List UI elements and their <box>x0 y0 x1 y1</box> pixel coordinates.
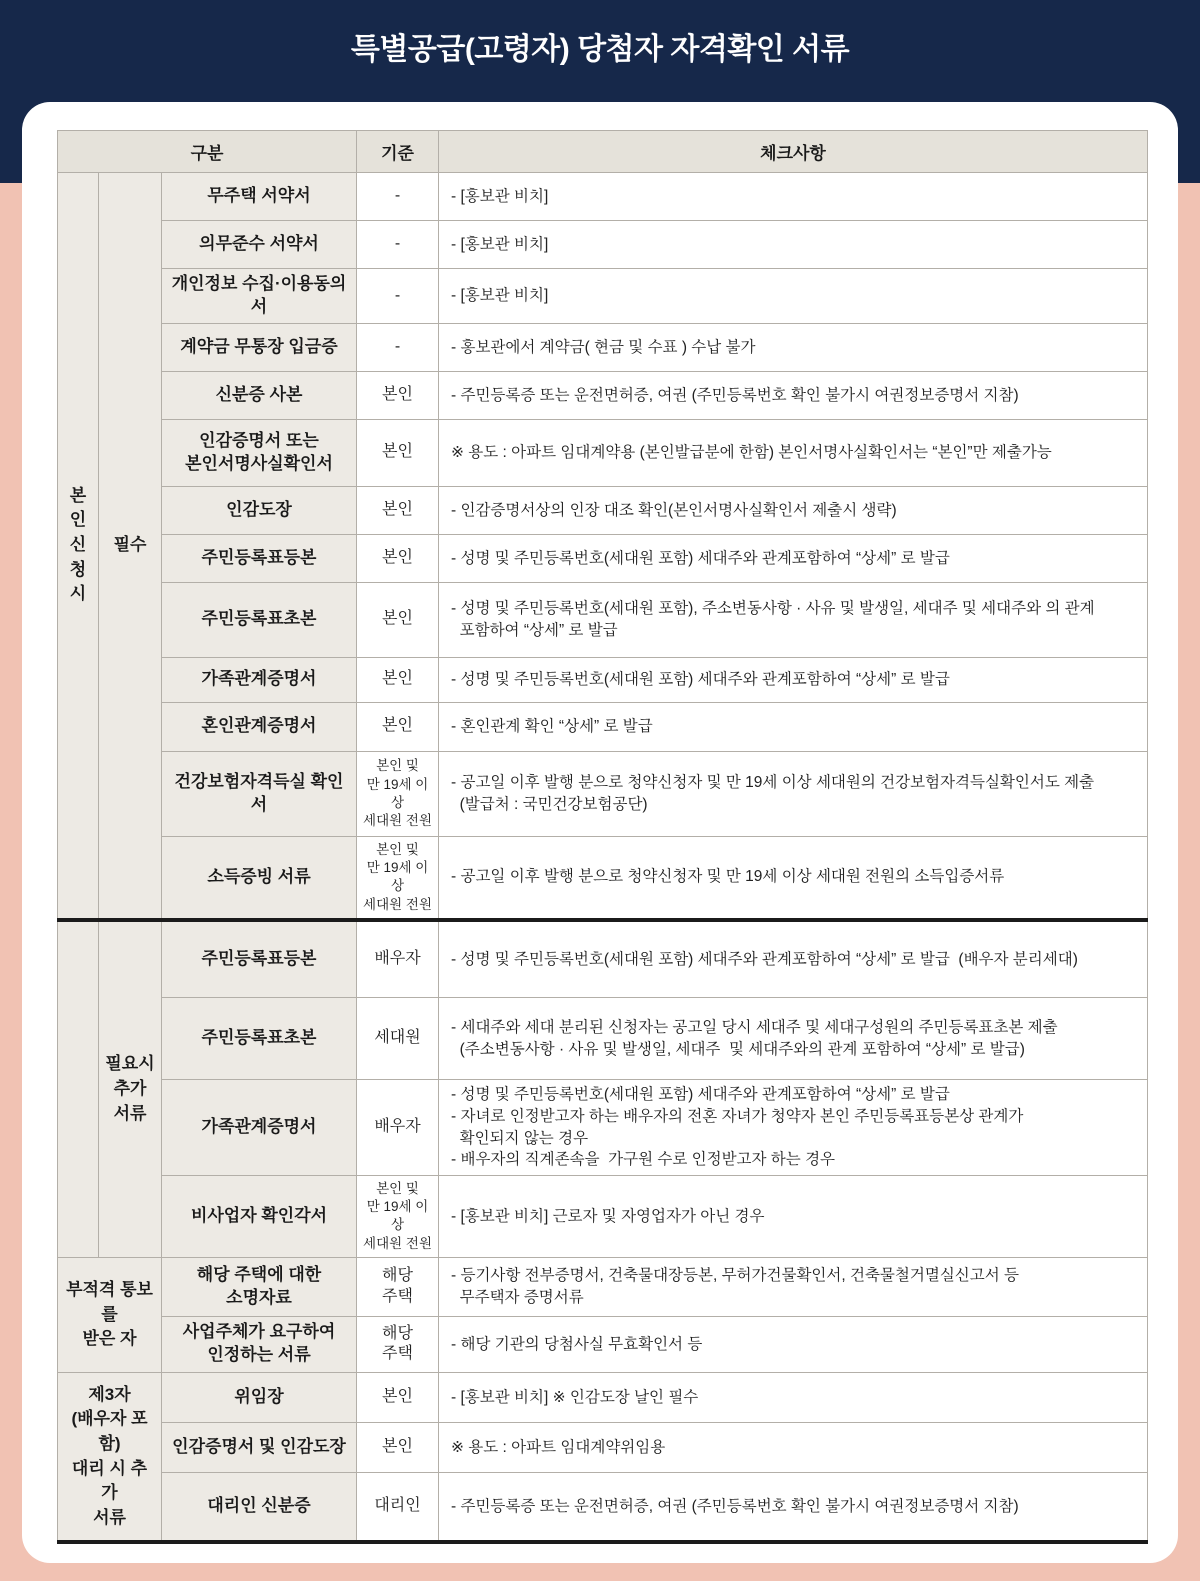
spacer-cell <box>58 920 99 1258</box>
check-cell: - [홍보관 비치] ※ 인감도장 날인 필수 <box>439 1372 1148 1422</box>
basis-cell: - <box>357 269 439 324</box>
documents-table: 구분 기준 체크사항 본인 신청 시 필수 무주택 서약서 - - [홍보관 비… <box>57 130 1148 1544</box>
column-header-check: 체크사항 <box>439 131 1148 173</box>
doc-cell: 가족관계증명서 <box>162 657 357 702</box>
table-row: 신분증 사본 본인 - 주민등록증 또는 운전면허증, 여권 (주민등록번호 확… <box>58 371 1148 419</box>
basis-cell: - <box>357 323 439 371</box>
doc-cell: 주민등록표초본 <box>162 998 357 1080</box>
basis-cell: 해당 주택 <box>357 1316 439 1372</box>
table-row: 혼인관계증명서 본인 - 혼인관계 확인 “상세” 로 발급 <box>58 702 1148 751</box>
table-row: 주민등록표초본 세대원 - 세대주와 세대 분리된 신청자는 공고일 당시 세대… <box>58 998 1148 1080</box>
group-label-self-apply: 본인 신청 시 <box>58 173 99 920</box>
check-cell: - 주민등록증 또는 운전면허증, 여권 (주민등록번호 확인 불가시 여권정보… <box>439 1472 1148 1542</box>
table-row: 대리인 신분증 대리인 - 주민등록증 또는 운전면허증, 여권 (주민등록번호… <box>58 1472 1148 1542</box>
basis-cell: 본인 및 만 19세 이상 세대원 전원 <box>357 751 439 836</box>
page-title: 특별공급(고령자) 당첨자 자격확인 서류 <box>0 24 1200 68</box>
group-label-required: 필수 <box>99 173 162 920</box>
basis-cell: - <box>357 173 439 221</box>
basis-cell: 본인 <box>357 582 439 657</box>
check-cell: - 등기사항 전부증명서, 건축물대장등본, 무허가건물확인서, 건축물철거멸실… <box>439 1257 1148 1316</box>
doc-cell: 주민등록표초본 <box>162 582 357 657</box>
table-row: 주민등록표등본 본인 - 성명 및 주민등록번호(세대원 포함) 세대주와 관계… <box>58 534 1148 582</box>
check-cell: - 성명 및 주민등록번호(세대원 포함) 세대주와 관계포함하여 “상세” 로… <box>439 1080 1148 1176</box>
check-cell: - 성명 및 주민등록번호(세대원 포함), 주소변동사항 · 사유 및 발생일… <box>439 582 1148 657</box>
table-row: 의무준수 서약서 - - [홍보관 비치] <box>58 221 1148 269</box>
table-row: 인감도장 본인 - 인감증명서상의 인장 대조 확인(본인서명사실확인서 제출시… <box>58 486 1148 534</box>
column-header-gubun: 구분 <box>58 131 357 173</box>
basis-cell: 대리인 <box>357 1472 439 1542</box>
table-row: 가족관계증명서 본인 - 성명 및 주민등록번호(세대원 포함) 세대주와 관계… <box>58 657 1148 702</box>
group-label-disqualified: 부적격 통보를 받은 자 <box>58 1257 162 1372</box>
table-row: 건강보험자격득실 확인서 본인 및 만 19세 이상 세대원 전원 - 공고일 … <box>58 751 1148 836</box>
table-row: 소득증빙 서류 본인 및 만 19세 이상 세대원 전원 - 공고일 이후 발행… <box>58 836 1148 919</box>
table-row: 개인정보 수집·이용동의서 - - [홍보관 비치] <box>58 269 1148 324</box>
check-cell: - 공고일 이후 발행 분으로 청약신청자 및 만 19세 이상 세대원 전원의… <box>439 836 1148 919</box>
basis-cell: 본인 <box>357 1422 439 1472</box>
doc-cell: 주민등록표등본 <box>162 534 357 582</box>
table-row: 인감증명서 및 인감도장 본인 ※ 용도 : 아파트 임대계약위임용 <box>58 1422 1148 1472</box>
doc-cell: 해당 주택에 대한 소명자료 <box>162 1257 357 1316</box>
doc-cell: 대리인 신분증 <box>162 1472 357 1542</box>
table-row: 제3자 (배우자 포함) 대리 시 추가 서류 위임장 본인 - [홍보관 비치… <box>58 1372 1148 1422</box>
check-cell: - 주민등록증 또는 운전면허증, 여권 (주민등록번호 확인 불가시 여권정보… <box>439 371 1148 419</box>
check-cell: - 성명 및 주민등록번호(세대원 포함) 세대주와 관계포함하여 “상세” 로… <box>439 534 1148 582</box>
column-header-gijun: 기준 <box>357 131 439 173</box>
table-row: 주민등록표초본 본인 - 성명 및 주민등록번호(세대원 포함), 주소변동사항… <box>58 582 1148 657</box>
table-row: 필요시 추가 서류 주민등록표등본 배우자 - 성명 및 주민등록번호(세대원 … <box>58 920 1148 998</box>
basis-cell: - <box>357 221 439 269</box>
table-row: 비사업자 확인각서 본인 및 만 19세 이상 세대원 전원 - [홍보관 비치… <box>58 1176 1148 1258</box>
doc-cell: 가족관계증명서 <box>162 1080 357 1176</box>
basis-cell: 본인 <box>357 419 439 486</box>
check-cell: - 세대주와 세대 분리된 신청자는 공고일 당시 세대주 및 세대구성원의 주… <box>439 998 1148 1080</box>
check-cell: - 성명 및 주민등록번호(세대원 포함) 세대주와 관계포함하여 “상세” 로… <box>439 657 1148 702</box>
basis-cell: 본인 및 만 19세 이상 세대원 전원 <box>357 1176 439 1258</box>
check-cell: ※ 용도 : 아파트 임대계약위임용 <box>439 1422 1148 1472</box>
basis-cell: 본인 <box>357 534 439 582</box>
doc-cell: 주민등록표등본 <box>162 920 357 998</box>
check-cell: - 성명 및 주민등록번호(세대원 포함) 세대주와 관계포함하여 “상세” 로… <box>439 920 1148 998</box>
table-row: 부적격 통보를 받은 자 해당 주택에 대한 소명자료 해당 주택 - 등기사항… <box>58 1257 1148 1316</box>
doc-cell: 개인정보 수집·이용동의서 <box>162 269 357 324</box>
check-cell: - 홍보관에서 계약금( 현금 및 수표 ) 수납 불가 <box>439 323 1148 371</box>
group-label-proxy: 제3자 (배우자 포함) 대리 시 추가 서류 <box>58 1372 162 1542</box>
check-cell: - [홍보관 비치] <box>439 173 1148 221</box>
basis-cell: 본인 <box>357 657 439 702</box>
check-cell: - [홍보관 비치] <box>439 269 1148 324</box>
basis-cell: 배우자 <box>357 920 439 998</box>
doc-cell: 사업주체가 요구하여 인정하는 서류 <box>162 1316 357 1372</box>
basis-cell: 본인 <box>357 702 439 751</box>
doc-cell: 계약금 무통장 입금증 <box>162 323 357 371</box>
doc-cell: 혼인관계증명서 <box>162 702 357 751</box>
basis-cell: 배우자 <box>357 1080 439 1176</box>
doc-cell: 의무준수 서약서 <box>162 221 357 269</box>
doc-cell: 건강보험자격득실 확인서 <box>162 751 357 836</box>
doc-cell: 인감증명서 및 인감도장 <box>162 1422 357 1472</box>
group-label-optional: 필요시 추가 서류 <box>99 920 162 1258</box>
basis-cell: 본인 <box>357 486 439 534</box>
doc-cell: 인감도장 <box>162 486 357 534</box>
doc-cell: 위임장 <box>162 1372 357 1422</box>
check-cell: ※ 용도 : 아파트 임대계약용 (본인발급분에 한함) 본인서명사실확인서는 … <box>439 419 1148 486</box>
doc-cell: 인감증명서 또는 본인서명사실확인서 <box>162 419 357 486</box>
content-card: 구분 기준 체크사항 본인 신청 시 필수 무주택 서약서 - - [홍보관 비… <box>22 102 1178 1563</box>
table-row: 계약금 무통장 입금증 - - 홍보관에서 계약금( 현금 및 수표 ) 수납 … <box>58 323 1148 371</box>
basis-cell: 본인 <box>357 1372 439 1422</box>
basis-cell: 세대원 <box>357 998 439 1080</box>
doc-cell: 신분증 사본 <box>162 371 357 419</box>
check-cell: - 해당 기관의 당첨사실 무효확인서 등 <box>439 1316 1148 1372</box>
check-cell: - 인감증명서상의 인장 대조 확인(본인서명사실확인서 제출시 생략) <box>439 486 1148 534</box>
table-header-row: 구분 기준 체크사항 <box>58 131 1148 173</box>
basis-cell: 본인 및 만 19세 이상 세대원 전원 <box>357 836 439 919</box>
doc-cell: 소득증빙 서류 <box>162 836 357 919</box>
check-cell: - [홍보관 비치] <box>439 221 1148 269</box>
table-row: 본인 신청 시 필수 무주택 서약서 - - [홍보관 비치] <box>58 173 1148 221</box>
check-cell: - 공고일 이후 발행 분으로 청약신청자 및 만 19세 이상 세대원의 건강… <box>439 751 1148 836</box>
check-cell: - 혼인관계 확인 “상세” 로 발급 <box>439 702 1148 751</box>
check-cell: - [홍보관 비치] 근로자 및 자영업자가 아닌 경우 <box>439 1176 1148 1258</box>
table-row: 사업주체가 요구하여 인정하는 서류 해당 주택 - 해당 기관의 당첨사실 무… <box>58 1316 1148 1372</box>
basis-cell: 본인 <box>357 371 439 419</box>
table-row: 인감증명서 또는 본인서명사실확인서 본인 ※ 용도 : 아파트 임대계약용 (… <box>58 419 1148 486</box>
doc-cell: 무주택 서약서 <box>162 173 357 221</box>
table-row: 가족관계증명서 배우자 - 성명 및 주민등록번호(세대원 포함) 세대주와 관… <box>58 1080 1148 1176</box>
basis-cell: 해당 주택 <box>357 1257 439 1316</box>
doc-cell: 비사업자 확인각서 <box>162 1176 357 1258</box>
